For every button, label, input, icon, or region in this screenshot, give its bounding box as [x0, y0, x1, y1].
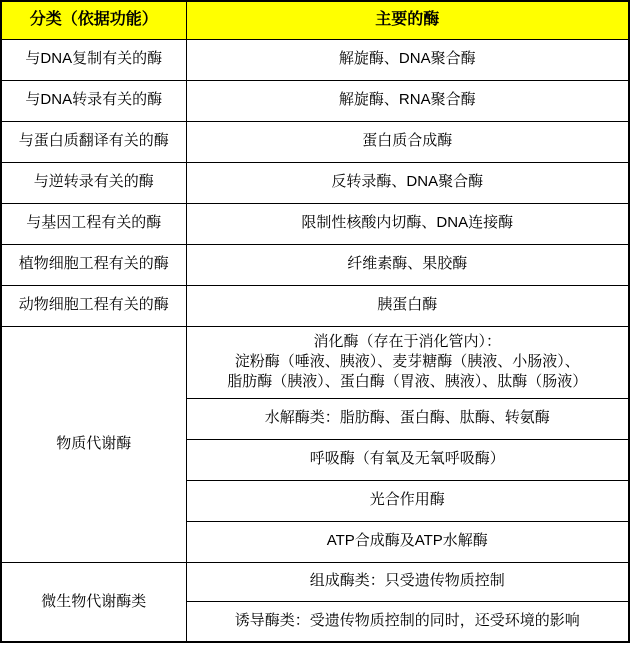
table-row: 与DNA复制有关的酶 解旋酶、DNA聚合酶: [1, 39, 629, 80]
enzymes-cell: 解旋酶、DNA聚合酶: [186, 39, 629, 80]
table-row: 物质代谢酶 消化酶（存在于消化管内）： 淀粉酶（唾液、胰液）、麦芽糖酶（胰液、小…: [1, 326, 629, 398]
group-category-cell: 物质代谢酶: [1, 326, 186, 562]
group-category-cell: 微生物代谢酶类: [1, 562, 186, 642]
enzyme-table: 分类（依据功能） 主要的酶 与DNA复制有关的酶 解旋酶、DNA聚合酶 与DNA…: [0, 0, 630, 643]
enzymes-cell: 消化酶（存在于消化管内）： 淀粉酶（唾液、胰液）、麦芽糖酶（胰液、小肠液）、 脂…: [186, 326, 629, 398]
table-row: 动物细胞工程有关的酶 胰蛋白酶: [1, 285, 629, 326]
enzymes-cell: 诱导酶类：受遗传物质控制的同时，还受环境的影响: [186, 601, 629, 642]
enzymes-cell: 解旋酶、RNA聚合酶: [186, 80, 629, 121]
enzymes-cell: 反转录酶、DNA聚合酶: [186, 162, 629, 203]
enzymes-cell: 光合作用酶: [186, 480, 629, 521]
category-cell: 动物细胞工程有关的酶: [1, 285, 186, 326]
enzymes-cell: 限制性核酸内切酶、DNA连接酶: [186, 203, 629, 244]
enzymes-cell: ATP合成酶及ATP水解酶: [186, 521, 629, 562]
header-enzymes-cell: 主要的酶: [186, 1, 629, 39]
enzymes-cell: 胰蛋白酶: [186, 285, 629, 326]
enzymes-cell: 水解酶类：脂肪酶、蛋白酶、肽酶、转氨酶: [186, 398, 629, 439]
category-cell: 与基因工程有关的酶: [1, 203, 186, 244]
enzymes-cell: 纤维素酶、果胶酶: [186, 244, 629, 285]
header-category-cell: 分类（依据功能）: [1, 1, 186, 39]
category-cell: 与DNA转录有关的酶: [1, 80, 186, 121]
enzymes-cell: 呼吸酶（有氧及无氧呼吸酶）: [186, 439, 629, 480]
category-cell: 与蛋白质翻译有关的酶: [1, 121, 186, 162]
enzyme-classification-sheet: 分类（依据功能） 主要的酶 与DNA复制有关的酶 解旋酶、DNA聚合酶 与DNA…: [0, 0, 632, 651]
header-row: 分类（依据功能） 主要的酶: [1, 1, 629, 39]
category-cell: 植物细胞工程有关的酶: [1, 244, 186, 285]
enzymes-cell: 组成酶类：只受遗传物质控制: [186, 562, 629, 601]
table-row: 植物细胞工程有关的酶 纤维素酶、果胶酶: [1, 244, 629, 285]
enzymes-cell: 蛋白质合成酶: [186, 121, 629, 162]
table-row: 与DNA转录有关的酶 解旋酶、RNA聚合酶: [1, 80, 629, 121]
table-row: 与蛋白质翻译有关的酶 蛋白质合成酶: [1, 121, 629, 162]
table-row: 与基因工程有关的酶 限制性核酸内切酶、DNA连接酶: [1, 203, 629, 244]
table-row: 与逆转录有关的酶 反转录酶、DNA聚合酶: [1, 162, 629, 203]
category-cell: 与DNA复制有关的酶: [1, 39, 186, 80]
category-cell: 与逆转录有关的酶: [1, 162, 186, 203]
table-row: 微生物代谢酶类 组成酶类：只受遗传物质控制: [1, 562, 629, 601]
